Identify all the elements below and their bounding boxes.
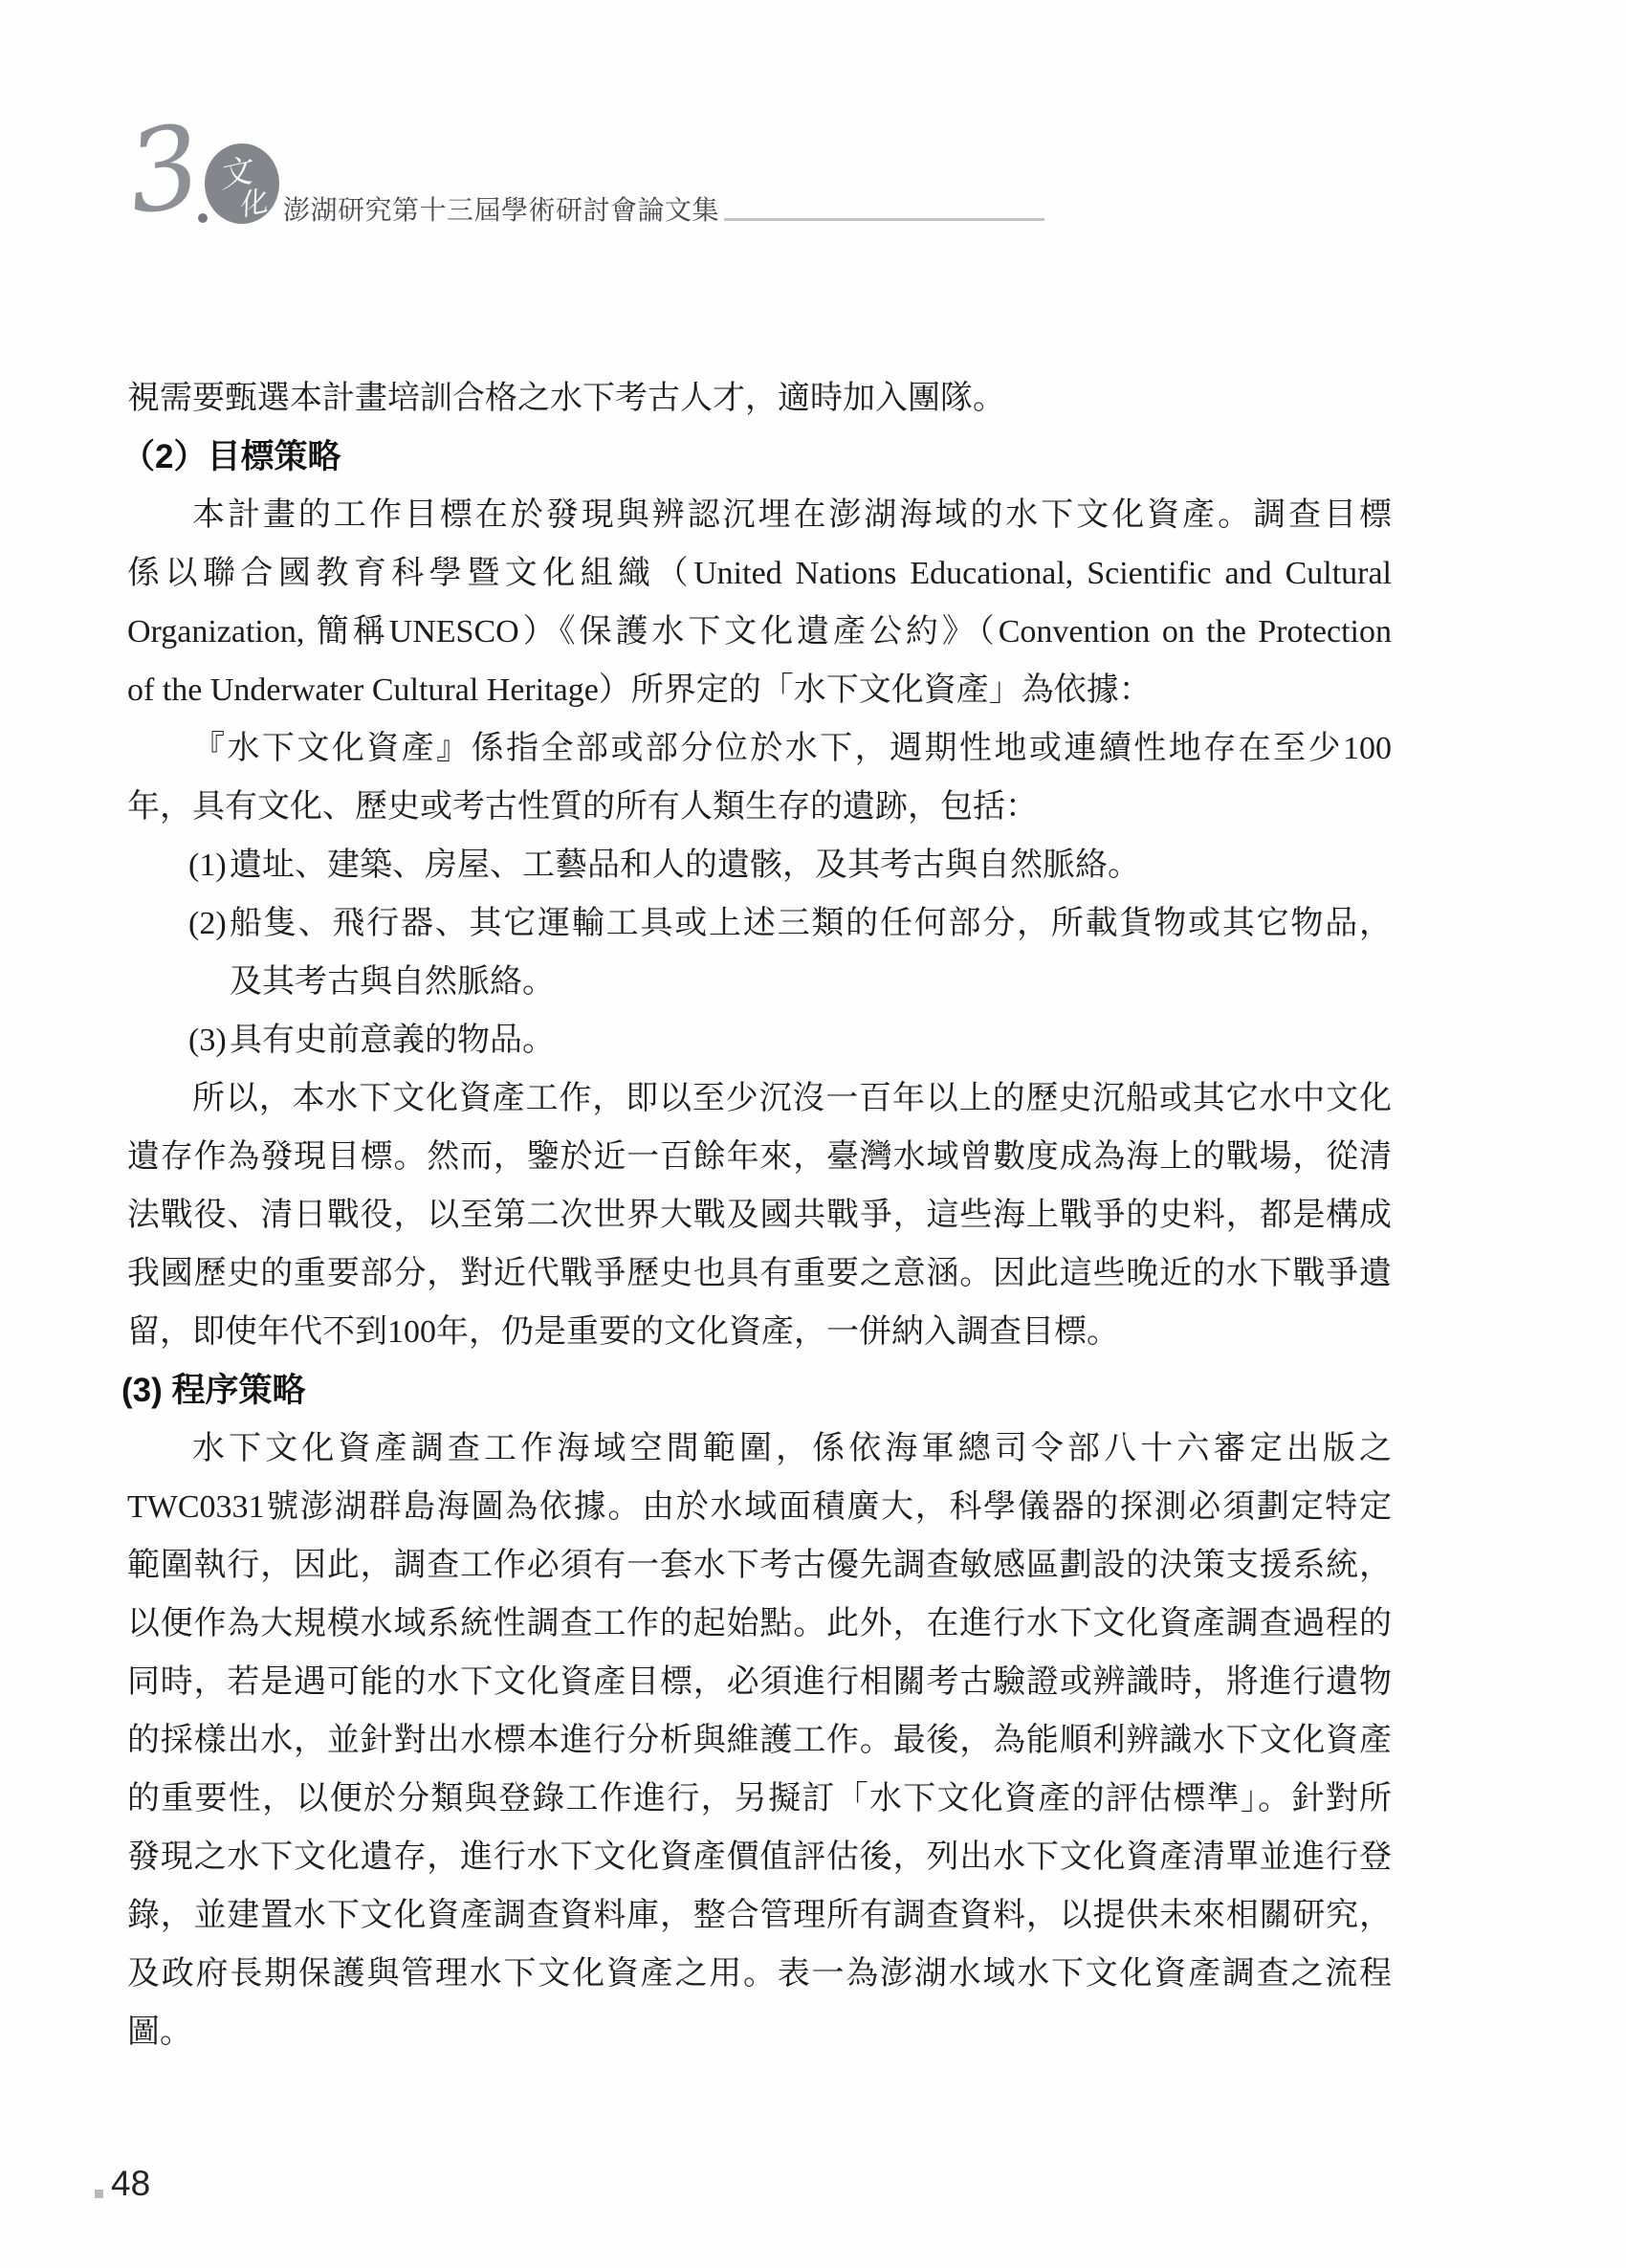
list-item: (2)船隻、飛行器、其它運輸工具或上述三類的任何部分，所載貨物或其它物品， xyxy=(127,894,1392,953)
text-line: 以便作為大規模水域系統性調查工作的起始點。此外，在進行水下文化資產調查過程的 xyxy=(127,1595,1392,1653)
text-line: 圖。 xyxy=(127,2003,1392,2061)
list-text: 具有史前意義的物品。 xyxy=(230,1011,1392,1069)
section-heading: (3) 程序策略 xyxy=(121,1361,1392,1420)
text-line: 發現之水下文化遺存，進行水下文化資產價值評估後，列出水下文化資產清單並進行登 xyxy=(127,1828,1392,1886)
text-line: 範圍執行，因此，調查工作必須有一套水下考古優先調查敏感區劃設的決策支援系統， xyxy=(127,1536,1392,1595)
list-item: (3)具有史前意義的物品。 xyxy=(127,1011,1392,1069)
list-marker: (1) xyxy=(188,836,227,894)
text-line: Organization, 簡稱UNESCO）《保護水下文化遺產公約》（Conv… xyxy=(127,603,1392,661)
text-line: 同時，若是遇可能的水下文化資產目標，必須進行相關考古驗證或辨識時，將進行遺物 xyxy=(127,1653,1392,1711)
logo-numeral: 3 xyxy=(121,108,208,230)
list-item: (1)遺址、建築、房屋、工藝品和人的遺骸，及其考古與自然脈絡。 xyxy=(127,836,1392,894)
list-text: 遺址、建築、房屋、工藝品和人的遺骸，及其考古與自然脈絡。 xyxy=(230,836,1392,894)
document-body: 視需要甄選本計畫培訓合格之水下考古人才，適時加入團隊。（2）目標策略本計畫的工作… xyxy=(127,369,1392,2061)
text-line: 視需要甄選本計畫培訓合格之水下考古人才，適時加入團隊。 xyxy=(127,369,1392,428)
header-rule xyxy=(724,218,1044,221)
text-line: 『水下文化資產』係指全部或部分位於水下，週期性地或連續性地存在至少100 xyxy=(127,719,1392,778)
text-line: 年，具有文化、歷史或考古性質的所有人類生存的遺跡，包括： xyxy=(127,778,1392,836)
text-line: 留，即使年代不到100年，仍是重要的文化資產，一併納入調查目標。 xyxy=(127,1303,1392,1361)
list-marker: (2) xyxy=(188,894,227,953)
list-text: 船隻、飛行器、其它運輸工具或上述三類的任何部分，所載貨物或其它物品， xyxy=(230,894,1392,953)
text-line: 本計畫的工作目標在於發現與辨認沉埋在澎湖海域的水下文化資產。調查目標 xyxy=(127,486,1392,544)
text-line: 水下文化資產調查工作海域空間範圍，係依海軍總司令部八十六審定出版之 xyxy=(127,1420,1392,1478)
text-line: 及政府長期保護與管理水下文化資產之用。表一為澎湖水域水下文化資產調查之流程 xyxy=(127,1945,1392,2003)
culture-logo-icon: 文 化 xyxy=(205,143,279,224)
text-line: 係以聯合國教育科學暨文化組織（United Nations Educationa… xyxy=(127,544,1392,603)
document-page: 3 文 化 澎湖研究第十三屆學術研討會論文集 視需要甄選本計畫培訓合格之水下考古… xyxy=(0,0,1626,2268)
text-line: of the Underwater Cultural Heritage）所界定的… xyxy=(127,661,1392,719)
list-marker: (3) xyxy=(188,1011,227,1069)
logo-dot-icon xyxy=(198,213,208,223)
page-number-bullet-icon xyxy=(95,2190,103,2198)
text-line: 法戰役、清日戰役，以至第二次世界大戰及國共戰爭，這些海上戰爭的史料，都是構成 xyxy=(127,1186,1392,1244)
page-number: 48 xyxy=(111,2166,150,2201)
text-line: 的重要性，以便於分類與登錄工作進行，另擬訂「水下文化資產的評估標準」。針對所 xyxy=(127,1770,1392,1828)
text-line: 遺存作為發現目標。然而，鑒於近一百餘年來，臺灣水域曾數度成為海上的戰場，從清 xyxy=(127,1128,1392,1186)
text-line: 我國歷史的重要部分，對近代戰爭歷史也具有重要之意涵。因此這些晚近的水下戰爭遺 xyxy=(127,1244,1392,1303)
text-line: 及其考古與自然脈絡。 xyxy=(127,953,1392,1011)
logo-circle-char-2: 化 xyxy=(233,177,270,224)
text-line: 錄，並建置水下文化資產調查資料庫，整合管理所有調查資料，以提供未來相關研究， xyxy=(127,1886,1392,1945)
text-line: 的採樣出水，並針對出水標本進行分析與維護工作。最後，為能順利辨識水下文化資產 xyxy=(127,1711,1392,1770)
section-heading: （2）目標策略 xyxy=(121,428,1392,486)
text-line: TWC0331號澎湖群島海圖為依據。由於水域面積廣大，科學儀器的探測必須劃定特定 xyxy=(127,1478,1392,1536)
page-header: 3 文 化 澎湖研究第十三屆學術研討會論文集 xyxy=(0,0,1626,249)
proceedings-title: 澎湖研究第十三屆學術研討會論文集 xyxy=(283,189,719,228)
text-line: 所以，本水下文化資產工作，即以至少沉沒一百年以上的歷史沉船或其它水中文化 xyxy=(127,1069,1392,1128)
